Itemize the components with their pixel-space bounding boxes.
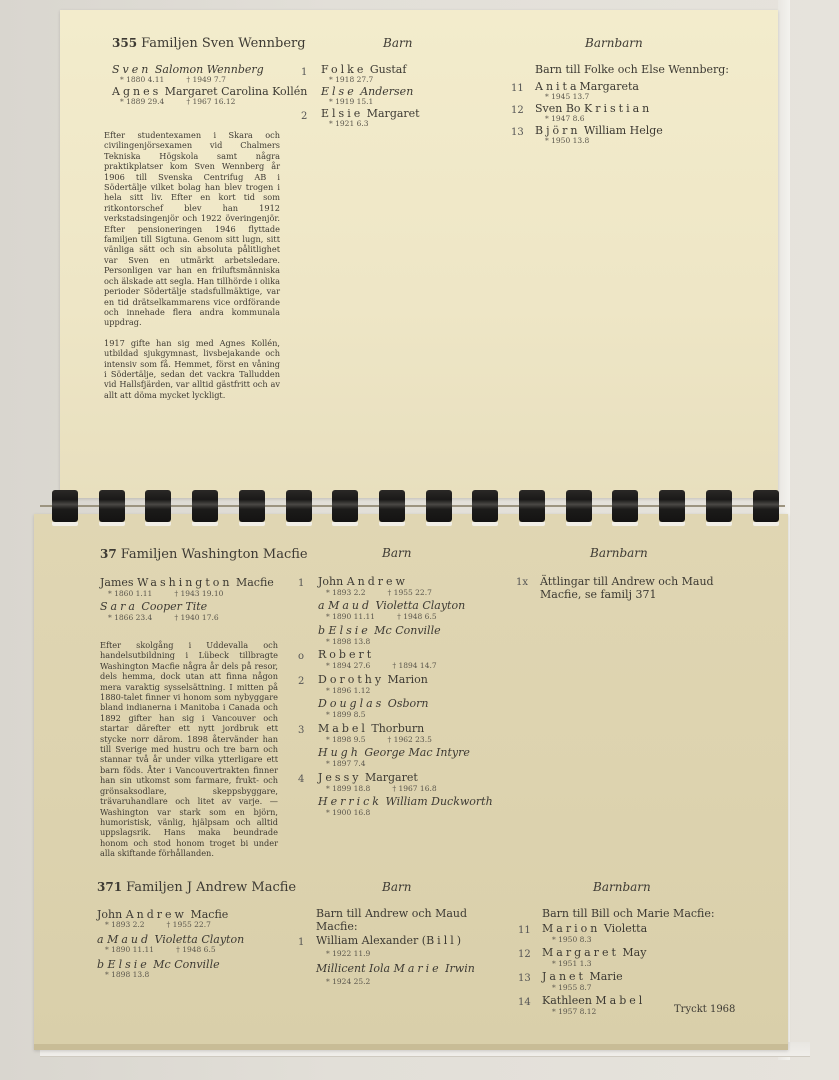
- top-page: 355Familjen Sven Wennberg Sven Salomon W…: [60, 10, 778, 498]
- binding-coil: [192, 490, 218, 522]
- barn-entry-dates: * 1897 7.4: [326, 759, 366, 768]
- barnbarn-bjorn-dates: * 1950 13.8: [545, 136, 589, 145]
- person-sara: Sara Cooper Tite: [100, 600, 207, 613]
- barnbarn-entry-dates: * 1951 1.3: [552, 959, 592, 968]
- barn-entry-dates: * 1896 1.12: [326, 686, 370, 695]
- barnbarn-index: 1x: [516, 577, 528, 588]
- barn-entry-dates: * 1899 8.5: [326, 710, 366, 719]
- barnbarn-note-line2: Macfie, se familj 371: [540, 588, 656, 601]
- barn-entry-dates: * 1899 18.8† 1967 16.8: [326, 784, 437, 793]
- person-agnes-dates: * 1889 29.4† 1967 16.12: [120, 97, 235, 106]
- barnbarn-heading: Barnbarn: [585, 36, 643, 50]
- barn-heading: Barn: [382, 880, 411, 894]
- binding-coil: [379, 490, 405, 522]
- family-355-title: 355Familjen Sven Wennberg: [112, 36, 306, 51]
- barnbarn-index: 11: [518, 925, 531, 936]
- barn-entry-name: Mabel Thorburn: [318, 722, 424, 735]
- binding-coil: [286, 490, 312, 522]
- person-james: James Washington Macfie: [100, 576, 274, 589]
- barn-index: 1: [298, 578, 304, 589]
- barn-else-dates: * 1919 15.1: [329, 97, 373, 106]
- barn-heading: Barn: [382, 546, 411, 560]
- binding-coil: [52, 490, 78, 522]
- print-year: Tryckt 1968: [674, 1004, 735, 1015]
- barn-entry-name: Jessy Margaret: [318, 771, 418, 784]
- barnbarn-entry-dates: * 1957 8.12: [552, 1007, 596, 1016]
- barn-heading: Barn: [383, 36, 412, 50]
- barn-folke-dates: * 1918 27.7: [329, 75, 373, 84]
- barn-intro-line1: Barn till Andrew och Maud: [316, 907, 467, 920]
- family-37-biography: Efter skolgång i Uddevalla och handelsut…: [100, 640, 278, 859]
- barn-entry-name: a Maud Violetta Clayton: [318, 599, 465, 612]
- barn-index: 1: [298, 937, 304, 948]
- family-number: 37: [100, 547, 117, 561]
- barn-entry-name: Hugh George Mac Intyre: [318, 746, 470, 759]
- barnbarn-entry-name: Marion Violetta: [542, 922, 647, 935]
- barn-entry-name: John Andrew: [318, 575, 408, 588]
- barnbarn-heading: Barnbarn: [593, 880, 651, 894]
- barn-index: 4: [298, 774, 304, 785]
- family-title: Familjen Washington Macfie: [121, 547, 308, 562]
- barn-index: 2: [298, 676, 304, 687]
- barnbarn-index: 11: [511, 83, 524, 94]
- barn-index: 2: [301, 111, 307, 122]
- barnbarn-index: 12: [518, 949, 531, 960]
- barnbarn-sven-bo-dates: * 1947 8.6: [545, 114, 585, 123]
- bottom-page: 37Familjen Washington Macfie James Washi…: [34, 514, 788, 1050]
- barn-entry-name: Dorothy Marion: [318, 673, 428, 686]
- binding-coil: [519, 490, 545, 522]
- barn-entry-dates: * 1890 11.11† 1948 6.5: [326, 612, 437, 621]
- binding-coil: [659, 490, 685, 522]
- binding-coil: [612, 490, 638, 522]
- barn-intro-line2: Macfie:: [316, 920, 358, 933]
- barn-index: 3: [298, 725, 304, 736]
- barn-elsie-dates: * 1921 6.3: [329, 119, 369, 128]
- binding-coil: [426, 490, 452, 522]
- barn-index: 1: [301, 67, 307, 78]
- barn-entry-dates: * 1898 13.8: [326, 637, 370, 646]
- barnbarn-entry-dates: * 1950 8.3: [552, 935, 592, 944]
- binding-coil: [472, 490, 498, 522]
- barnbarn-index: 14: [518, 997, 531, 1008]
- binding-coil: [239, 490, 265, 522]
- family-title: Familjen Sven Wennberg: [141, 36, 306, 51]
- barn-entry-dates: * 1898 9.5† 1962 23.5: [326, 735, 432, 744]
- family-371-title: 371Familjen J Andrew Macfie: [97, 880, 296, 895]
- barnbarn-heading: Barnbarn: [590, 546, 648, 560]
- barnbarn-entry-name: Janet Marie: [542, 970, 623, 983]
- barnbarn-index: 12: [511, 105, 524, 116]
- barnbarn-index: 13: [518, 973, 531, 984]
- family-37-title: 37Familjen Washington Macfie: [100, 547, 308, 562]
- family-371-person-dates: * 1893 2.2† 1955 22.7: [105, 920, 211, 929]
- barn-entry-dates: * 1922 11.9: [326, 949, 370, 958]
- binding-coil: [706, 490, 732, 522]
- barn-entry-name: Millicent Iola Marie Irwin: [316, 962, 475, 975]
- binding-coil: [145, 490, 171, 522]
- family-title: Familjen J Andrew Macfie: [126, 880, 296, 895]
- barnbarn-note-line1: Ättlingar till Andrew och Maud: [540, 575, 714, 588]
- binding-coil: [332, 490, 358, 522]
- barn-index: o: [298, 651, 304, 662]
- person-james-dates: * 1860 1.11† 1943 19.10: [108, 589, 223, 598]
- bio-paragraph-2: 1917 gifte han sig med Agnes Kollén, utb…: [104, 338, 280, 400]
- family-355-biography: Efter studentexamen i Skara och civiling…: [104, 130, 280, 410]
- barn-entry-dates: * 1924 25.2: [326, 977, 370, 986]
- barn-entry-name: b Elsie Mc Conville: [318, 624, 441, 637]
- family-number: 355: [112, 36, 137, 50]
- spiral-binding: [40, 488, 785, 524]
- barn-entry-dates: * 1893 2.2† 1955 22.7: [326, 588, 432, 597]
- barn-entry-dates: * 1894 27.6† 1894 14.7: [326, 661, 437, 670]
- barn-entry-name: Robert: [318, 648, 374, 661]
- barnbarn-intro: Barn till Folke och Else Wennberg:: [535, 63, 729, 76]
- barnbarn-intro: Barn till Bill och Marie Macfie:: [542, 907, 715, 920]
- person-sara-dates: * 1866 23.4† 1940 17.6: [108, 613, 219, 622]
- binding-coil: [753, 490, 779, 522]
- barnbarn-entry-dates: * 1955 8.7: [552, 983, 592, 992]
- family-371-person-dates: * 1890 11.11† 1948 6.5: [105, 945, 216, 954]
- barnbarn-anita-dates: * 1945 13.7: [545, 92, 589, 101]
- barn-entry-name: Herrick William Duckworth: [318, 795, 493, 808]
- barnbarn-entry-name: Kathleen Mabel: [542, 994, 645, 1007]
- family-number: 371: [97, 880, 122, 894]
- barn-entry-dates: * 1900 16.8: [326, 808, 370, 817]
- barnbarn-index: 13: [511, 127, 524, 138]
- barn-entry-name: William Alexander (Bill): [316, 934, 461, 947]
- binding-coil: [566, 490, 592, 522]
- bio-paragraph-1: Efter studentexamen i Skara och civiling…: [104, 130, 280, 328]
- barnbarn-entry-name: Margaret May: [542, 946, 646, 959]
- person-sven-dates: * 1880 4.11† 1949 7.7: [120, 75, 226, 84]
- binding-coil: [99, 490, 125, 522]
- barn-entry-name: Douglas Osborn: [318, 697, 428, 710]
- family-371-person-dates: * 1898 13.8: [105, 970, 149, 979]
